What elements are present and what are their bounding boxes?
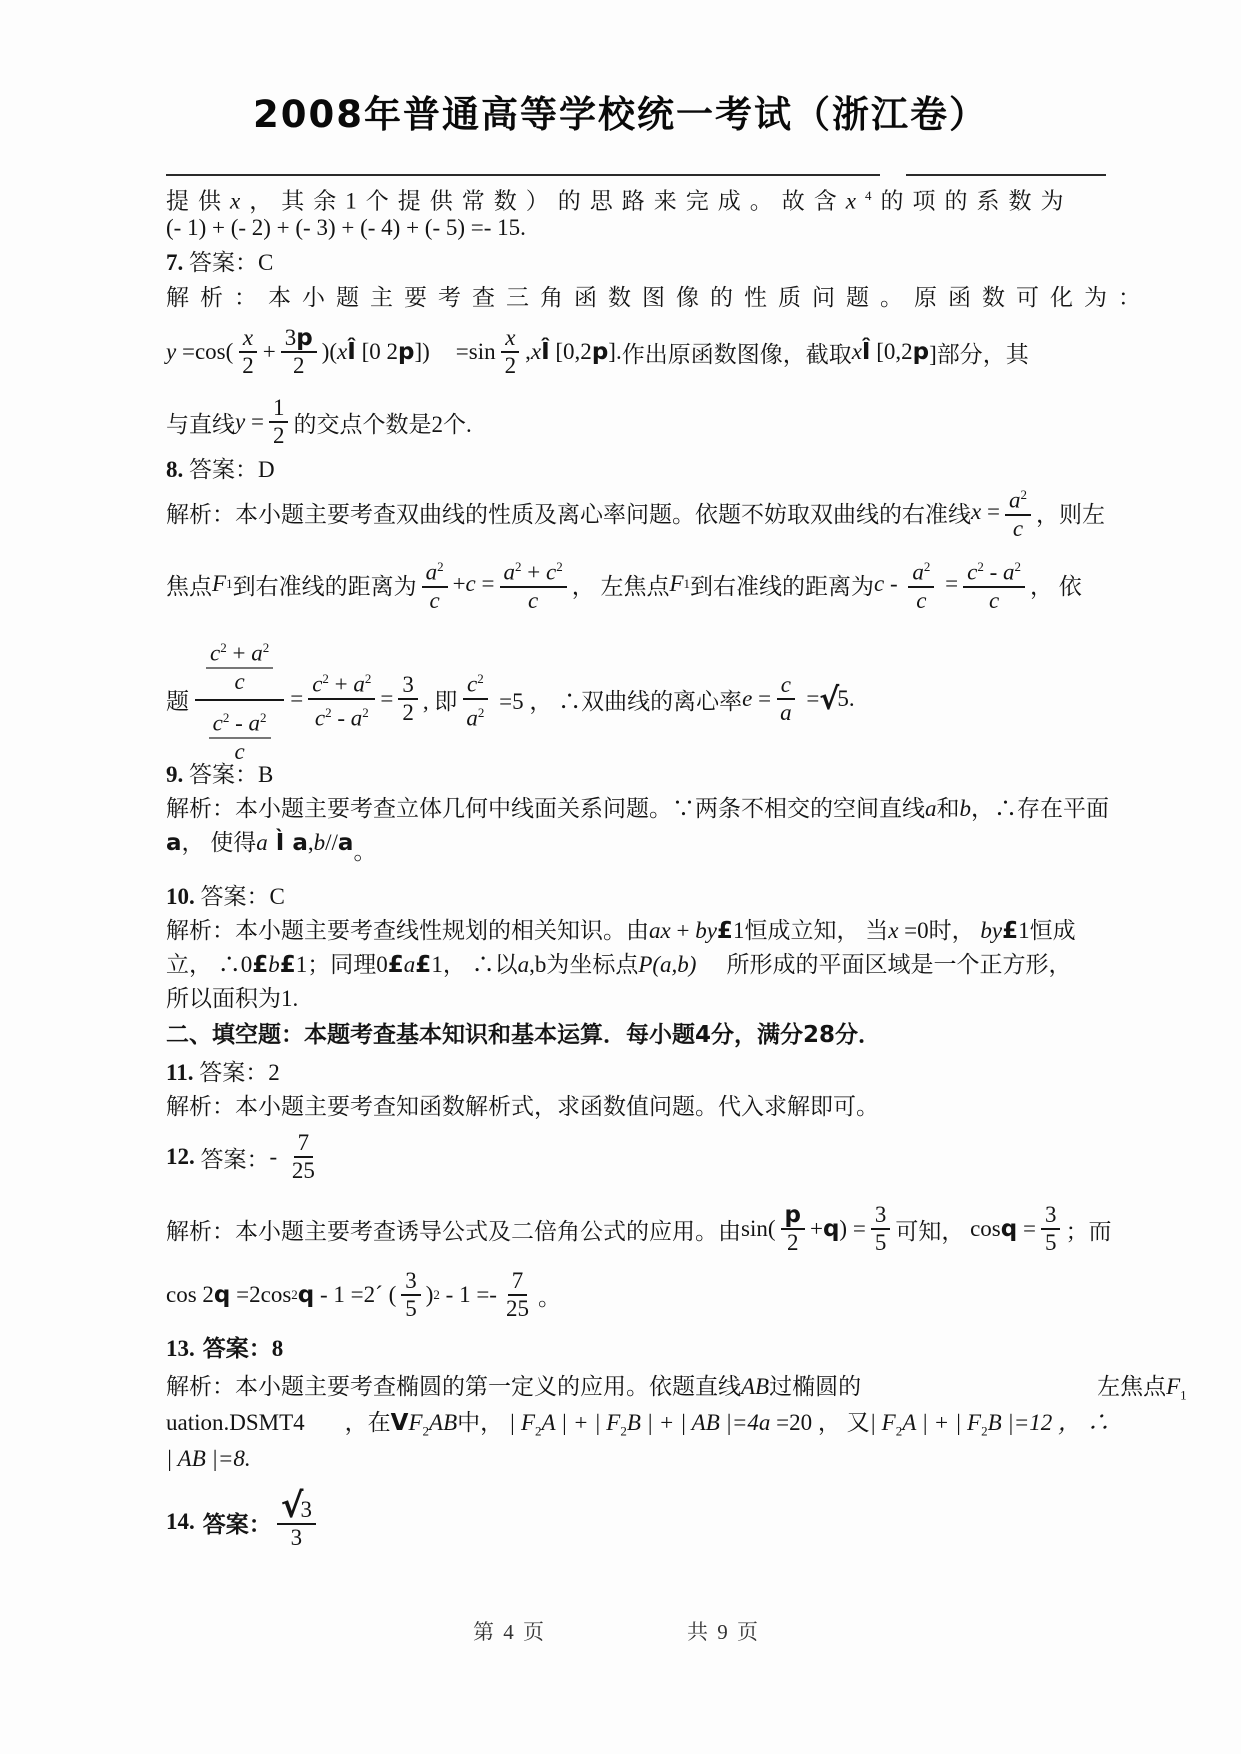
answer-label: 答案： xyxy=(193,1060,268,1085)
math-var: a xyxy=(404,952,416,977)
fraction: 35 xyxy=(401,1268,421,1322)
denominator: c xyxy=(524,588,542,614)
math-op: - 1 =- xyxy=(440,1282,497,1308)
q8-explanation-line-3: 题c2 + a2cc2 - a2c=c2 + a2c2 - a2=32, 即c2… xyxy=(166,624,855,774)
exponent: 2 xyxy=(477,671,484,686)
text-run: 立， ∴0 xyxy=(166,952,252,977)
math-op: + xyxy=(810,1216,823,1242)
text-run: 和 xyxy=(937,796,960,821)
fraction: c2 + a2c xyxy=(206,635,273,695)
text-run: [0,2 xyxy=(870,339,912,365)
item-number: 7. xyxy=(166,250,183,275)
math-op: =2cos xyxy=(230,1282,291,1308)
answer-label: 答案： xyxy=(195,884,270,909)
q8-explanation-line-1: 解析：本小题主要考查双曲线的性质及离心率问题。依题不妨取双曲线的右准线x =a2… xyxy=(166,480,1105,544)
math-op: cos 2 xyxy=(166,1282,214,1308)
fraction: 35 xyxy=(1041,1202,1061,1256)
text-run: 解析：本小题主要考查三角函数图像的性质问题。原函数可化为： xyxy=(166,285,1152,310)
text-run: 所形成的平面区域是一个正方形， xyxy=(726,952,1071,977)
math-var: a xyxy=(925,796,937,821)
denominator: 25 xyxy=(288,1158,319,1184)
theta-symbol: q xyxy=(214,1282,230,1308)
fraction: x2 xyxy=(238,325,258,379)
less-equal-symbol: £ xyxy=(252,952,268,978)
q10-explanation-line-1: 解析：本小题主要考查线性规划的相关知识。由ax + by£1恒成立知， 当x =… xyxy=(166,916,1076,946)
fraction: ca xyxy=(776,672,796,726)
text-run: 1恒成立知， 当 xyxy=(733,918,888,943)
numerator: 3 xyxy=(871,1202,891,1230)
text-run: 提供 xyxy=(166,189,230,214)
section-2-heading: 二、填空题：本题考查基本知识和基本运算．每小题4分，满分28分． xyxy=(166,1020,881,1050)
answer-label: 答案： xyxy=(195,1336,272,1362)
numerator: c2 + a2 xyxy=(308,666,375,700)
text-run: 的交点个数是2个. xyxy=(293,406,471,439)
math-var: x xyxy=(971,499,981,525)
math-op: - xyxy=(270,1144,283,1170)
math-op: ) xyxy=(839,1216,852,1242)
nested-fraction: c2 + a2cc2 - a2c xyxy=(195,633,284,764)
alpha-symbol: a xyxy=(292,830,308,856)
math-op: = xyxy=(752,686,771,712)
math-op: = xyxy=(801,686,820,712)
text-run: 焦点 xyxy=(166,568,212,601)
math-var: c xyxy=(312,672,322,697)
exponent: 2 xyxy=(924,559,931,574)
numerator: x xyxy=(239,325,257,353)
q10-explanation-line-3: 所以面积为1. xyxy=(166,984,298,1014)
numerator: 7 xyxy=(294,1130,314,1158)
q9-explanation-line-2: a， 使得a Ì a,b//a。 xyxy=(166,828,376,867)
math-var: c xyxy=(467,672,477,697)
text-run: 解析：本小题主要考查诱导公式及二倍角公式的应用。由 xyxy=(166,1213,741,1246)
math-var: x xyxy=(888,918,898,943)
text-run: 解析：本小题主要考查立体几何中线面关系问题。∵两条不相交的空间直线 xyxy=(166,796,925,821)
text-run: ]) xyxy=(414,339,429,365)
answer-label: 答案： xyxy=(183,762,258,787)
q9-explanation-line-1: 解析：本小题主要考查立体几何中线面关系问题。∵两条不相交的空间直线a和b，∴存在… xyxy=(166,794,1109,824)
math-var: a xyxy=(759,1410,771,1435)
math-op: = xyxy=(939,571,958,597)
text-run: 1， ∴以 xyxy=(431,952,517,977)
text-run: 1；同理0 xyxy=(296,952,388,977)
math-op: = xyxy=(476,571,495,597)
text-run: ，其余1个提供常数）的思路来完成。故含 xyxy=(249,189,846,214)
numerator: c2 + a2c xyxy=(195,633,284,701)
math-op: + xyxy=(453,571,466,597)
math-var: b xyxy=(314,830,326,855)
q12-answer-line: 12. 答案：- 725 xyxy=(166,1124,324,1190)
text-run: 所以面积为1. xyxy=(166,986,298,1011)
less-equal-symbol: £ xyxy=(388,952,404,978)
math-var: a xyxy=(249,711,261,736)
text-run: 的项的系数为 xyxy=(880,189,1072,214)
text-run: 解析：本小题主要考查椭圆的第一定义的应用。依题直线 xyxy=(166,1374,741,1399)
answer-value: D xyxy=(258,457,275,482)
text-run: ， 依 xyxy=(1030,568,1082,601)
denominator: c2 - a2c xyxy=(198,701,282,765)
footer-total-pages: 共 9 页 xyxy=(687,1616,760,1646)
q7-formula-line: y =cos(x2+3p2)(xÎ [0 2p])=sinx2,xÎ [0,2p… xyxy=(166,316,1029,388)
denominator: 2 xyxy=(501,353,521,379)
text-run: 到右准线的距离为 xyxy=(690,568,874,601)
q13-explanation-line-1: 解析：本小题主要考查椭圆的第一定义的应用。依题直线AB过椭圆的左焦点F1 xyxy=(166,1372,1187,1411)
text-run: ]部分，其 xyxy=(929,336,1029,369)
text-run: [0,2 xyxy=(550,339,592,365)
fraction: c2 + a2c2 - a2 xyxy=(308,666,375,731)
less-equal-symbol: £ xyxy=(280,952,296,978)
fraction: 35 xyxy=(871,1202,891,1256)
math-var: F xyxy=(1166,1374,1180,1399)
math-op: = xyxy=(1017,1216,1036,1242)
item-number: 8. xyxy=(166,457,183,482)
numerator: 3 xyxy=(1041,1202,1061,1230)
math-var: c xyxy=(967,560,977,585)
denominator: c xyxy=(425,588,443,614)
numerator: c2 - a2 xyxy=(963,554,1025,588)
math-var: F xyxy=(669,571,683,597)
page-number-text: 第 4 页 xyxy=(473,1620,546,1644)
math-op: + xyxy=(263,339,276,365)
math-var: c xyxy=(466,571,476,597)
numerator: √3 xyxy=(277,1493,316,1525)
denominator: 2 xyxy=(783,1230,803,1256)
fraction: x2 xyxy=(501,325,521,379)
answer-label: 答案： xyxy=(195,1506,272,1539)
fraction: c2 - a2c xyxy=(209,705,271,765)
item-number: 14. xyxy=(166,1509,195,1535)
math-expression: B |=12 ， ∴ xyxy=(988,1410,1110,1435)
parallel-symbol: // xyxy=(325,830,338,855)
q8-explanation-line-2: 焦点F1到右准线的距离为a2c+c =a2 + c2c， 左焦点F1到右准线的距… xyxy=(166,552,1082,616)
intro-line-1: 提供x，其余1个提供常数）的思路来完成。故含x4的项的系数为 xyxy=(166,181,1072,217)
math-var: c xyxy=(874,571,884,597)
radical-symbol: √ xyxy=(281,1486,301,1526)
exponent: 2 xyxy=(362,705,369,720)
text-run: ， 使得 xyxy=(182,830,257,855)
alpha-symbol: a xyxy=(338,830,354,856)
denominator: 2 xyxy=(238,353,258,379)
exponent: 2 xyxy=(437,559,444,574)
text-run: ，则左 xyxy=(1036,496,1105,529)
text-run: ；而 xyxy=(1065,1213,1111,1246)
fraction: c2a2 xyxy=(462,666,488,731)
math-var: a xyxy=(466,706,478,731)
math-expression: P(a,b) xyxy=(638,952,696,977)
fraction: 3p2 xyxy=(281,325,317,379)
text-run: 到右准线的距离为 xyxy=(233,568,417,601)
math-op: =5 ， xyxy=(493,683,558,716)
q14-answer-line: 14. 答案：√33 xyxy=(166,1484,321,1560)
math-op: =sin xyxy=(456,339,496,365)
math-var: x xyxy=(852,339,862,365)
exponent: 2 xyxy=(365,671,372,686)
subscript: 1 xyxy=(1180,1388,1187,1403)
text-run: 作出原函数图像，截取 xyxy=(622,336,852,369)
q9-answer-line: 9. 答案：B xyxy=(166,760,273,790)
math-var: e xyxy=(742,686,752,712)
numerator: c2 - a2 xyxy=(209,705,271,739)
exponent: 2 xyxy=(478,705,485,720)
text-run: 解析：本小题主要考查知函数解析式，求函数值问题。代入求解即可。 xyxy=(166,1094,879,1119)
math-var: b xyxy=(268,952,280,977)
math-op: + xyxy=(671,918,695,943)
math-var: c xyxy=(210,641,220,666)
intro-line-2: (- 1) + (- 2) + (- 3) + (- 4) + (- 5) =-… xyxy=(166,213,526,243)
numerator: a2 + c2 xyxy=(500,554,567,588)
math-expression: B | + | AB |=4 xyxy=(627,1410,759,1435)
numerator: x xyxy=(501,325,519,353)
item-number: 12. xyxy=(166,1144,195,1170)
fraction: a2c xyxy=(1005,482,1031,542)
divider-line-short xyxy=(906,174,1106,176)
denominator: a xyxy=(776,700,796,726)
math-op: sin( xyxy=(741,1216,776,1242)
text-run: ，∴存在平面 xyxy=(971,796,1109,821)
q10-answer-line: 10. 答案：C xyxy=(166,882,285,912)
exponent: 2 xyxy=(1020,487,1027,502)
exponent: 2 xyxy=(1015,559,1022,574)
text-run: 左焦点 xyxy=(1097,1374,1166,1399)
denominator: 5 xyxy=(401,1296,421,1322)
alpha-symbol: a xyxy=(166,830,182,856)
text-run: ，在 xyxy=(345,1410,391,1435)
pi-symbol: p xyxy=(913,339,929,365)
q12-explanation-line-1: 解析：本小题主要考查诱导公式及二倍角公式的应用。由sin(p2+q) =35可知… xyxy=(166,1196,1111,1262)
fraction: 32 xyxy=(398,672,418,726)
item-number: 13. xyxy=(166,1336,195,1361)
denominator: c xyxy=(230,669,248,695)
answer-value: 2 xyxy=(268,1060,280,1085)
math-var: x xyxy=(531,339,541,365)
exponent: 2 xyxy=(260,710,267,725)
math-var: y xyxy=(235,409,245,435)
math-op: = xyxy=(380,686,393,712)
divider-line-long xyxy=(166,174,880,176)
math-op: =cos( xyxy=(176,339,233,365)
math-expression: A | + | F xyxy=(902,1410,981,1435)
math-op: )( xyxy=(322,339,337,365)
fraction: c2 - a2c xyxy=(963,554,1025,614)
denominator: 2 xyxy=(398,700,418,726)
answer-value: C xyxy=(258,250,273,275)
numerator: a2 xyxy=(1005,482,1031,516)
math-var: y xyxy=(166,339,176,365)
exam-answer-page: 2008年普通高等学校统一考试（浙江卷） 提供x，其余1个提供常数）的思路来完成… xyxy=(0,0,1241,1754)
fraction: 12 xyxy=(269,395,289,449)
math-op: = xyxy=(290,686,303,712)
q11-answer-line: 11. 答案：2 xyxy=(166,1058,280,1088)
denominator: 2 xyxy=(269,423,289,449)
numerator: 3p xyxy=(281,325,317,353)
numerator: c2 xyxy=(463,666,488,700)
text-run: 解析：本小题主要考查线性规划的相关知识。由 xyxy=(166,918,649,943)
math-var: c xyxy=(546,560,556,585)
math-expression: | F xyxy=(870,1410,896,1435)
text-run: 。 xyxy=(538,1279,561,1312)
denominator: 3 xyxy=(287,1525,307,1551)
math-op: cos xyxy=(970,1216,1001,1242)
total-pages-text: 共 9 页 xyxy=(687,1620,760,1644)
element-of-symbol: Î xyxy=(541,339,550,365)
pi-symbol: p xyxy=(781,1202,805,1230)
exponent: 4 xyxy=(865,188,881,203)
math-var: x xyxy=(337,339,347,365)
answer-value: B xyxy=(258,762,273,787)
denominator: 25 xyxy=(502,1296,533,1322)
math-var: a xyxy=(426,560,438,585)
denominator: 5 xyxy=(1041,1230,1061,1256)
item-number: 9. xyxy=(166,762,183,787)
numerator: a2 xyxy=(908,554,934,588)
answer-value: C xyxy=(270,884,285,909)
section-heading-text: 二、填空题：本题考查基本知识和基本运算．每小题4分，满分28分． xyxy=(166,1022,881,1048)
math-var: a xyxy=(251,641,263,666)
multiply-symbol: ´ xyxy=(375,1282,383,1308)
math-expression: | AB |=8. xyxy=(166,1446,251,1471)
text-run: [0 2 xyxy=(356,339,398,365)
numerator: 7 xyxy=(508,1268,528,1296)
answer-label: 答案： xyxy=(195,1141,270,1174)
math-op: + xyxy=(329,672,353,697)
denominator: 2 xyxy=(289,353,309,379)
denominator: c2 - a2 xyxy=(311,700,373,732)
text-run: =0时， xyxy=(898,918,980,943)
pi-symbol: p xyxy=(398,339,414,365)
math-var: by xyxy=(695,918,717,943)
math-var: a xyxy=(504,560,516,585)
text-run: 1恒成 xyxy=(1018,918,1076,943)
numerator: c2 + a2 xyxy=(206,635,273,669)
math-var: x xyxy=(846,189,865,214)
theta-symbol: q xyxy=(1001,1216,1017,1242)
math-op: + xyxy=(227,641,251,666)
fraction: p2 xyxy=(781,1202,805,1256)
math-var: a xyxy=(1009,488,1021,513)
math-var: b xyxy=(960,796,972,821)
q13-answer-line: 13. 答案：8 xyxy=(166,1334,283,1364)
text-run: 5. xyxy=(837,686,854,712)
text-run: 过椭圆的 xyxy=(769,1374,861,1399)
math-var: F xyxy=(408,1410,422,1435)
q12-explanation-line-2: cos 2q =2cos2q - 1 =2´ (35)2 - 1 =-725。 xyxy=(166,1262,561,1328)
math-var: AB xyxy=(429,1410,457,1435)
fraction: a2c xyxy=(422,554,448,614)
exponent: 2 xyxy=(263,640,270,655)
theta-symbol: q xyxy=(298,1282,314,1308)
text-run: ]. xyxy=(608,339,621,365)
less-equal-symbol: £ xyxy=(415,952,431,978)
denominator: a2 xyxy=(462,700,488,732)
equation-object-remnant: uation.DSMT4 xyxy=(166,1410,305,1435)
math-var: a xyxy=(518,952,530,977)
answer-value: 8 xyxy=(272,1336,284,1361)
math-var: a xyxy=(256,830,268,855)
triangle-symbol: V xyxy=(391,1410,409,1436)
fraction: a2c xyxy=(908,554,934,614)
math-op: - xyxy=(884,571,903,597)
math-op: - xyxy=(984,560,1003,585)
math-op: = xyxy=(853,1216,866,1242)
math-var: a xyxy=(353,672,365,697)
text-run: 3 xyxy=(285,325,297,350)
less-equal-symbol: £ xyxy=(717,918,733,944)
denominator: c xyxy=(985,588,1003,614)
math-op: ) xyxy=(426,1282,434,1308)
math-op: - xyxy=(332,706,351,731)
element-of-symbol: Î xyxy=(862,339,871,365)
math-var: ax xyxy=(649,918,671,943)
numerator: c xyxy=(777,672,795,700)
numerator: 3 xyxy=(401,1268,421,1296)
numerator: 1 xyxy=(269,395,289,423)
math-op: + xyxy=(522,560,546,585)
fraction: a2 + c2c xyxy=(500,554,567,614)
exponent: 2 xyxy=(556,559,563,574)
math-op: ( xyxy=(383,1282,396,1308)
math-var: a xyxy=(912,560,924,585)
text-run: ∴双曲线的离心率 xyxy=(558,683,742,716)
q7-line-3: 与直线y =12的交点个数是2个. xyxy=(166,390,472,454)
math-expression: (- 1) + (- 2) + (- 3) + (- 4) + (- 5) =-… xyxy=(166,215,526,240)
item-number: 10. xyxy=(166,884,195,909)
math-var: x xyxy=(230,189,249,214)
math-var: c xyxy=(315,706,325,731)
numerator: a2 xyxy=(422,554,448,588)
answer-label: 答案： xyxy=(183,457,258,482)
text-run: 左焦点 xyxy=(600,568,669,601)
math-var: a xyxy=(351,706,363,731)
q10-explanation-line-2: 立， ∴0£b£1；同理0£a£1， ∴以a,b为坐标点P(a,b)所形成的平面… xyxy=(166,950,1071,980)
item-number: 11. xyxy=(166,1060,193,1085)
text-run: ,b为坐标点 xyxy=(529,952,638,977)
text-run: 题 xyxy=(166,683,189,716)
q13-explanation-line-3: | AB |=8. xyxy=(166,1444,251,1474)
math-op: - 1 =2 xyxy=(314,1282,375,1308)
q11-explanation: 解析：本小题主要考查知函数解析式，求函数值问题。代入求解即可。 xyxy=(166,1092,879,1122)
denominator: c xyxy=(1009,516,1027,542)
subset-symbol: Ì xyxy=(268,830,293,856)
text-run: 中， xyxy=(457,1410,509,1435)
page-title: 2008年普通高等学校统一考试（浙江卷） xyxy=(0,84,1241,138)
text-run: , 即 xyxy=(423,683,458,716)
q7-answer-line: 7. 答案：C xyxy=(166,248,273,278)
fraction: 725 xyxy=(288,1130,319,1184)
denominator: 5 xyxy=(871,1230,891,1256)
text-run: 3 xyxy=(300,1497,312,1522)
pi-symbol: p xyxy=(296,325,312,351)
math-op: = xyxy=(245,409,264,435)
q13-explanation-line-2: uation.DSMT4，在VF2AB中， | F2A | + | F2B | … xyxy=(166,1408,1110,1447)
text-run: =20 ， 又 xyxy=(770,1410,869,1435)
math-expression: | F xyxy=(509,1410,535,1435)
text-run: 解析：本小题主要考查双曲线的性质及离心率问题。依题不妨取双曲线的右准线 xyxy=(166,496,971,529)
math-op: = xyxy=(981,499,1000,525)
fraction: 725 xyxy=(502,1268,533,1322)
text-run: 可知， xyxy=(895,1213,970,1246)
math-var: a xyxy=(1003,560,1015,585)
text-run: ， xyxy=(572,568,601,601)
answer-label: 答案： xyxy=(183,250,258,275)
math-var: AB xyxy=(741,1374,769,1399)
math-expression: A | + | F xyxy=(542,1410,621,1435)
math-var: c xyxy=(213,711,223,736)
footer-page-number: 第 4 页 xyxy=(473,1616,546,1646)
numerator: 3 xyxy=(398,672,418,700)
fraction: √33 xyxy=(277,1493,316,1551)
pi-symbol: p xyxy=(592,339,608,365)
math-op: - xyxy=(229,711,248,736)
math-var: by xyxy=(980,918,1002,943)
